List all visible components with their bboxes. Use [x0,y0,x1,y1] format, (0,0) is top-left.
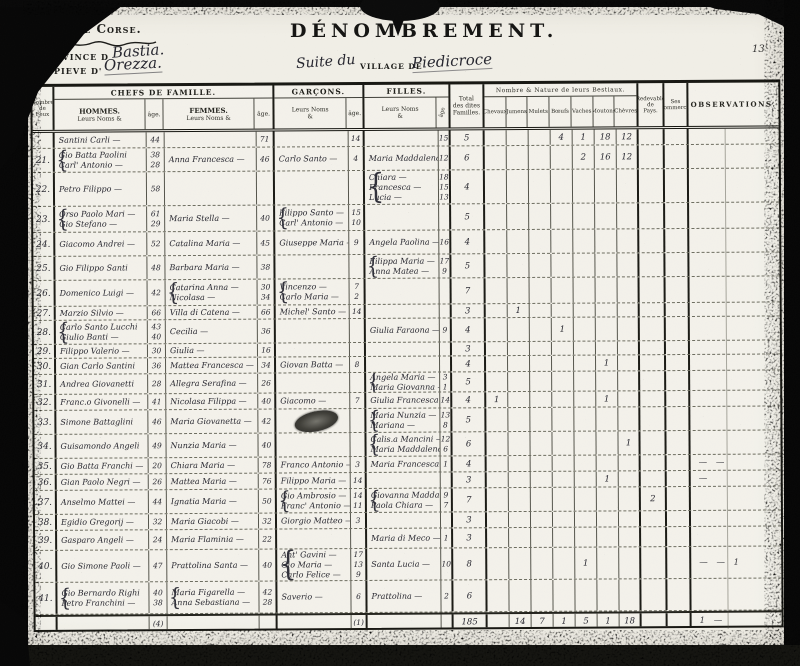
brace-glyph: { [367,171,385,204]
person-name: Chiara Maria — [167,460,258,471]
commerce-value [667,547,691,578]
fi-names: Maria Maddalena [365,147,439,170]
moutons-value [597,527,619,546]
garcons-label: GARÇONS. [292,87,346,96]
chevres-value: 18 [620,613,642,629]
h-ages: 49 [148,434,166,457]
f-ages: 26 [258,374,276,393]
row-number: 26. [34,281,56,306]
group-garcons: GARÇONS. Leurs Noms & âge. [274,85,364,129]
chevaux-value [485,130,507,145]
moutons-value [597,579,619,610]
moutons-value [597,547,619,578]
jumens-value: 14 [510,614,532,630]
fi-ages [440,356,452,371]
f-ages: 40 [259,550,277,581]
person-age: 7 [441,500,451,510]
total-value: 6 [451,146,485,169]
person-age: 14 [350,306,364,316]
person-age: 16 [258,345,274,355]
row-number: 31. [34,375,56,394]
boeufs-value: 1 [554,614,576,630]
person-age: 22 [259,534,275,544]
mulets-value [529,230,551,253]
f-names: Prattolina Santa — [167,550,259,582]
g-names [276,409,350,432]
person-name: Gio Filippo Santi [55,263,146,274]
row-number: 36. [35,475,57,490]
person-name: Marzio Silvio — [56,308,147,319]
person-age: 13 [351,559,365,569]
person-age: 46 [148,417,165,427]
redevable-value [639,169,665,202]
jumens-value [509,548,531,579]
fi-ages: 14 [440,392,452,407]
redevable-value [640,371,666,390]
commerce-value [667,487,691,510]
g-names [276,433,350,456]
f-names: Nicolasa Filippa — [166,394,258,410]
h-names: Franc.o Givonelli — [56,394,148,410]
f-names: Maria Stella — [165,206,257,232]
h-ages: 24 [149,530,167,549]
person-age: 12 [440,434,450,444]
f-names: Villa di Catena — [166,306,258,320]
person-name: Franco Antonio — [277,460,350,470]
observation-value [689,202,779,228]
person-age: 42 [259,587,275,597]
g-ages: 72 [350,279,366,304]
g-ages [351,529,367,548]
brace-glyph: { [368,433,380,456]
jumens-value [509,488,531,511]
totals-row: (4)(1)185147151181 — [36,610,782,630]
fi-names: Giulia Faraona — [366,319,440,342]
person-age: 47 [149,561,166,571]
person-age: 58 [147,184,164,194]
person-age: 40 [259,560,275,570]
g-ages: 6 [351,581,367,612]
person-name: Maria Flaminia — [167,534,258,545]
f-names [168,616,260,630]
mulets-value [531,528,553,547]
mulets-value [530,392,552,407]
h-names: Gio Batta Franchi — [57,458,149,474]
total-value: 3 [453,528,487,547]
fi-names: Prattolina — [367,581,441,612]
person-age: 36 [148,361,165,371]
mulets-value [530,372,552,391]
moutons-value: 1 [598,613,620,629]
total-value: 4 [451,230,485,253]
jumens-value [507,130,529,145]
observation-value [689,144,779,168]
person-name: Giovan Batta — [276,360,349,370]
mulets-value [530,278,552,303]
mulets-value [530,408,552,431]
chevaux-value [485,230,507,253]
total-line: Familles. [453,109,480,116]
g-names: {Gio Ambrosio —Franc' Antonio — [277,489,351,512]
person-age: 71 [257,134,273,144]
total-value: 4 [453,456,487,471]
person-name: Filippo Valerio — [56,346,147,357]
brace-glyph: { [57,206,69,230]
person-age: 34 [258,360,274,370]
g-names [275,255,349,278]
table-row: 22.Petro Filippo —58{Chiara —Francesca —… [33,168,779,207]
person-name: Santa Lucia — [367,559,440,569]
row-number: 21. [33,149,55,172]
g-ages: 7 [350,393,366,408]
fi-ages [442,614,454,630]
h-ages: 44 [147,132,165,147]
g-ages: 14 [351,473,367,488]
person-age: 9 [441,490,451,500]
person-age: 17 [439,256,449,266]
bestiaux-col: Bœufs [551,109,569,115]
f-ages: 40 [257,206,275,231]
commerce-value [668,613,692,629]
observation-value [690,354,780,370]
commerce-value [666,371,690,390]
total-value: 4 [451,170,485,203]
jumens-value [508,342,530,355]
scanned-census-page: Isle de Corse. PROVINCE D Bastia. PIEVE … [0,0,800,666]
chevres-value [618,317,640,340]
person-name: Gian Carlo Santini [56,361,147,372]
vaches-value [575,488,597,511]
redevable-value [641,471,667,486]
g-ages: (1) [352,615,368,630]
observation-value [689,128,779,144]
h-names: Marzio Silvio — [56,306,148,320]
column-garcons-age: âge. [347,98,363,128]
g-names: Giovan Batta — [276,357,350,372]
person-name: Gian Paolo Negri — [57,477,148,488]
observation-value [690,430,780,454]
fi-ages: 97 [441,488,453,511]
chevres-value [618,277,640,302]
mulets-value [531,548,553,579]
person-age: 18 [439,172,449,182]
f-ages: 40 [258,434,276,457]
person-name: Prattolina Santa — [167,560,258,571]
observation-value [691,486,781,510]
fi-names: {Giovanna Maddal.aPaola Chiara — [367,489,441,512]
fi-ages [441,472,453,487]
jumens-value [509,512,531,527]
h-ages: 20 [149,458,167,473]
person-name: Giorgio Matteo — [277,516,350,526]
mulets-value: 7 [532,614,554,630]
g-ages [350,319,366,342]
fi-ages: 12 [439,146,451,169]
jumens-value [508,318,530,341]
person-name: Andrea Giovanetti [56,379,147,390]
total-value: 3 [453,472,487,487]
redevable-value [640,355,666,370]
page-title: DÉNOMBREMENT. [290,20,550,42]
h-ages: 30 [148,344,166,357]
g-ages [349,255,365,278]
g-ages: 14 [349,131,365,146]
vaches-value [574,318,596,341]
person-name [165,139,256,140]
person-age: 40 [149,588,166,598]
moutons-value [596,317,618,340]
f-names: Nunzia Maria — [166,434,258,458]
total-value: 5 [451,204,485,229]
vaches-value: 2 [573,146,595,169]
table-header: Nombre de Feux CHEFS DE FAMILLE. HOMMES.… [32,82,778,133]
g-ages: 17139 [351,549,367,580]
h-ages: 3828 [147,148,165,171]
person-age: 43 [148,322,165,332]
feux-line: Feux [36,111,49,117]
total-value: 3 [452,304,486,317]
fi-ages [441,512,453,527]
person-age: 40 [258,396,274,406]
person-age: 9 [439,266,449,276]
person-age: 15 [439,182,449,192]
vaches-value [575,580,597,611]
fi-names [367,513,441,528]
commerce-value [666,431,690,454]
boeufs-value [553,548,575,579]
h-names [58,616,150,630]
boeufs-value [553,512,575,527]
g-names: Giorgio Matteo — [277,513,351,528]
person-name: Maria Stella — [165,213,256,224]
h-names: {Carlo Santo LucchiGiulio Banti — [56,320,148,344]
vaches-value: 5 [576,614,598,630]
redevable-value [642,613,668,629]
jumens-value [509,580,531,611]
fi-ages: 2 [441,580,453,611]
chevres-value [617,253,639,276]
person-age: 32 [149,517,166,527]
column-filles-age: âge [437,97,449,127]
chevaux-value [486,278,508,303]
person-name: Anna Francesca — [165,154,256,165]
g-names: Saverio — [277,581,351,612]
fi-names: Giulia Francesca — [366,393,440,408]
person-age: 42 [258,416,274,426]
mulets-value [531,456,553,471]
person-age: 41 [148,397,165,407]
person-name: Giacomo Andrei — [55,239,146,250]
vaches-value [573,204,595,229]
mulets-value [530,342,552,355]
moutons-value [596,303,618,316]
person-age: 78 [259,460,275,470]
f-ages [257,172,275,205]
total-value: 5 [451,254,485,277]
chevaux-value [488,614,510,630]
person-age: 26 [149,477,166,487]
fi-ages: 16 [439,230,451,253]
chevaux-value [487,512,509,527]
h-ages: 36 [148,358,166,373]
fi-ages: 10 [441,548,453,579]
person-age: 9 [349,237,363,247]
person-age: 14 [351,475,365,485]
person-name: Giulia — [166,345,257,356]
jumens-value: 1 [508,304,530,317]
vaches-value [574,408,596,431]
fi-names [367,473,441,488]
person-name: Michel' Santo — [276,307,349,317]
total-value: 7 [453,488,487,511]
mulets-value [529,130,551,145]
chevres-value [619,471,641,486]
person-age: 15 [349,207,363,217]
h-ages: 46 [148,410,166,433]
chefs-label: CHEFS DE FAMILLE. [111,87,216,97]
person-age: 32 [259,516,275,526]
g-names [275,171,349,204]
observation-value: — — 1 [691,546,781,578]
fi-names: Maria Francesca — [367,457,441,472]
f-names: Mattea Francesca — [166,358,258,374]
age-label: âge. [348,109,361,116]
person-name: Petro Filippo — [55,184,146,195]
moutons-value [596,407,618,430]
brace-glyph: { [57,320,69,343]
moutons-value [596,431,618,454]
g-names [277,529,351,548]
g-ages: 3 [351,457,367,472]
f-ages: 50 [259,490,277,513]
boeufs-value [552,372,574,391]
h-names: Guisamondo Angeli [56,434,148,458]
person-name: Maria Giovanetta — [166,416,257,427]
person-name: Giulia Faraona — [366,325,439,335]
person-age: 42 [148,288,165,298]
redevable-value [639,253,665,276]
redevable-value [641,547,667,578]
redevable-value [640,407,666,430]
person-name: Maria Maddalena [365,153,438,163]
vaches-value [574,372,596,391]
moutons-value: 1 [596,391,618,406]
moutons-value [597,455,619,470]
commerce-value [665,129,689,144]
boeufs-value [552,304,574,317]
mulets-value [531,580,553,611]
person-name: Franc.o Givonelli — [56,397,147,408]
person-age: 26 [258,378,274,388]
jumens-value [509,528,531,547]
brace-glyph: { [56,148,68,171]
h-ages: 47 [149,550,167,581]
redevable-value [641,511,667,526]
person-age: 38 [257,262,273,272]
row-number: 38. [35,515,57,530]
g-names [276,373,350,392]
g-ages: 4 [349,147,365,170]
vaches-value [575,472,597,487]
person-age: 28 [259,597,275,607]
mulets-value [529,254,551,277]
h-ages: 42 [148,280,166,305]
commerce-value [665,229,689,252]
chevres-value [619,487,641,510]
g-ages [350,409,366,432]
person-age: (4) [150,619,167,629]
chevaux-value [487,472,509,487]
f-names: Giulia — [166,344,258,358]
g-ages: 14 [350,305,366,318]
jumens-value [508,392,530,407]
fi-names: {Calis.a Mancini —Maria Maddalena [366,433,440,456]
province-label: PROVINCE D [40,52,109,62]
vaches-value: 1 [573,130,595,145]
redevable-value [641,455,667,470]
brace-glyph: { [278,489,290,512]
brace-glyph: { [279,549,297,580]
person-name: Egidio Gregorij — [57,517,148,528]
person-name: Maria di Meco — [367,533,440,543]
g-names [275,131,349,146]
observation-value: — [691,470,781,486]
person-name: Ignatia Maria — [167,496,258,507]
observation-value [691,510,781,526]
g-names: {Vincenzo —Carlo Maria — [276,279,350,304]
f-ages: 78 [259,458,277,473]
h-names: {Gio Batta PaoliniCarl' Antonio — [55,148,147,172]
boeufs-value [552,278,574,303]
person-age: 16 [439,237,449,247]
jumens-value [508,278,530,303]
fi-names: Angela Paolina — [365,231,439,254]
bestiaux-col: Chèvres [615,108,637,114]
g-names: Filippo Maria — [277,473,351,488]
person-name [58,624,149,625]
census-table: Nombre de Feux CHEFS DE FAMILLE. HOMMES.… [30,79,783,632]
f-ages: 32 [259,514,277,529]
g-names: {Ant' Gavini —Gio Maria —Carlo Felice — [277,549,351,580]
fi-names [366,343,440,356]
fi-names [366,279,440,304]
h-names: Gian Paolo Negri — [57,474,149,490]
chevres-value: 1 [618,431,640,454]
f-ages: 46 [257,148,275,171]
person-name: Angela Paolina — [365,237,438,247]
person-age: 76 [259,476,275,486]
observation-value [691,578,781,610]
column-commerce: Ses Commerce. [664,83,688,126]
total-value: 5 [452,372,486,391]
chevaux-value [485,204,507,229]
fi-ages: 138 [440,408,452,431]
mulets-value [530,432,552,455]
boeufs-value: 4 [551,130,573,145]
person-age: 49 [149,441,166,451]
redevable-value [639,145,665,168]
column-redevable: Redevable de Pays. [638,83,664,126]
person-age: 17 [351,549,365,559]
person-age: 50 [259,496,275,506]
chevaux-value [487,488,509,511]
column-vaches: Vaches [571,97,593,127]
person-age: 34 [258,292,274,302]
row-number: 25. [33,257,55,280]
boeufs-value [552,408,574,431]
person-age: 3 [351,459,365,469]
fi-ages: 179 [439,254,451,277]
